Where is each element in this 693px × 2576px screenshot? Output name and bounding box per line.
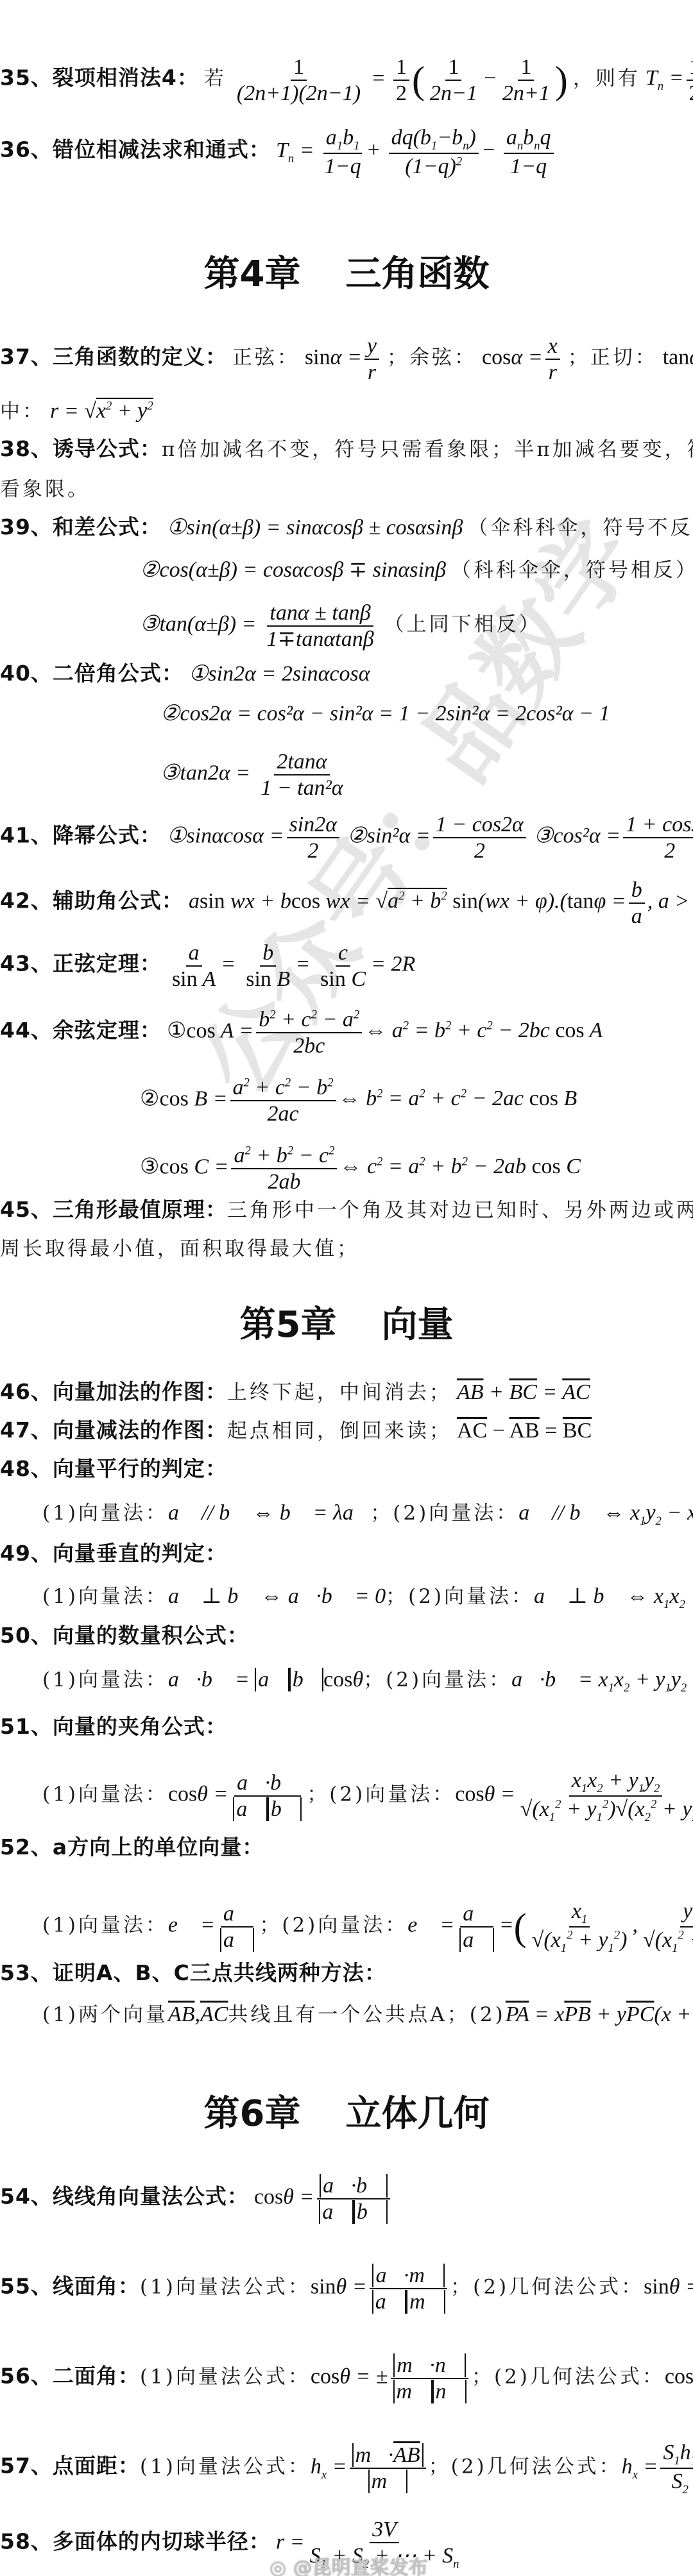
item-label: 53、证明A、B、C三点共线两种方法： — [0, 1960, 386, 1985]
formula: ①sin(α±β) = sinαcosβ ± cosαsinβ — [167, 516, 463, 539]
fraction: x1√(x12 + y12) — [529, 1899, 630, 1956]
item-39-formula-3: ③tan(α±β) = tanα ± tanβ1∓tanαtanβ （上同下相反… — [140, 600, 542, 652]
item-39: 39、和差公式： ①sin(α±β) = sinαcosβ ± cosαsinβ… — [0, 513, 693, 542]
chapter-heading-6: 第6章立体几何 — [0, 2095, 693, 2133]
item-label: 37、三角函数的定义： — [0, 344, 227, 369]
fraction: a⃗a⃗ — [218, 1901, 257, 1953]
item-label: 54、线线角向量法公式： — [0, 2183, 249, 2208]
item-40: 40、二倍角公式： ①sin2α = 2sinαcosα — [0, 659, 370, 688]
item-40-formula-3: ③tan2α = 2tanα1 − tan²α — [160, 749, 348, 801]
item-50-line: (1)向量法：a⃗·b⃗ = a⃗b⃗cosθ；(2)向量法：a⃗·b⃗ = x… — [42, 1665, 687, 1702]
fraction: 12 — [687, 55, 693, 106]
item-45: 45、三角形最值原理：三角形中一个角及其对边已知时、另外两边或两角相等时 — [0, 1196, 693, 1224]
item-label: 39、和差公式： — [0, 514, 162, 539]
item-43: 43、正弦定理： asin A= bsin B= csin C= 2R — [0, 940, 415, 992]
item-42: 42、辅助角公式： asin wx + bcos wx = √a2 + b2 s… — [0, 877, 693, 929]
formula: ①sinαcosα = — [167, 824, 284, 847]
item-text: π倍加减名不变，符号只需看象限；半π加减名要变，符号还是 — [162, 438, 693, 461]
item-label: 52、a方向上的单位向量： — [0, 1835, 264, 1860]
fraction: a⃗·b⃗a⃗b⃗ — [316, 2173, 390, 2224]
item-52: 52、a方向上的单位向量： — [0, 1833, 264, 1861]
chapter-heading-5: 第5章向量 — [0, 1306, 693, 1344]
fraction: x1x2 + y1y2√(x12 + y12)√(x22 + y22) — [518, 1768, 693, 1825]
item-label: 50、向量的数量积公式： — [0, 1623, 249, 1648]
fraction: 2tanα1 − tan²α — [258, 749, 345, 801]
item-label: 36、错位相减法求和通式： — [0, 137, 271, 162]
fraction: m⃗·n⃗m⃗n⃗ — [391, 2353, 469, 2404]
item-label: 40、二倍角公式： — [0, 661, 184, 686]
fraction: bsin B — [243, 940, 293, 992]
item-44-formula-2: ②cos B =a2 + c2 − b22ac⇔ b2 = a2 + c2 − … — [140, 1075, 577, 1126]
item-text: 周长取得最小值，面积取得最大值； — [0, 1237, 359, 1260]
item-37-line2: 中： r = √x2 + y2 — [0, 393, 153, 425]
item-53: 53、证明A、B、C三点共线两种方法： — [0, 1959, 386, 1987]
mnemonic-note: （伞科科伞，符号不反） — [468, 516, 693, 539]
item-label: 58、多面体的内切球半径： — [0, 2529, 271, 2554]
item-text: 正弦： — [232, 346, 300, 369]
item-text: 起点相同，倒回来读； — [227, 1419, 452, 1443]
item-text: 看象限。 — [0, 478, 90, 501]
item-49-line: (1)向量法：a⃗ ⊥ b⃗ ⇔ a⃗·b⃗ = 0；(2)向量法：a⃗ ⊥ b… — [42, 1582, 693, 1619]
item-label: 47、向量减法的作图： — [0, 1418, 227, 1443]
fraction: a1b11−q — [322, 125, 364, 179]
item-text: ；余弦： — [387, 346, 477, 369]
fraction: 12 — [393, 55, 409, 106]
item-53-line: (1)两个向量AB,AC共线且有一个公共点A；(2)PA = xPB + yPC… — [42, 2000, 693, 2029]
fraction: a⃗·m⃗a⃗m⃗ — [370, 2263, 448, 2314]
chapter-title: 三角函数 — [345, 253, 489, 295]
item-label: 49、向量垂直的判定： — [0, 1541, 227, 1566]
item-55: 55、线面角：(1)向量法公式：sinθ =a⃗·m⃗a⃗m⃗；(2)几何法公式… — [0, 2262, 693, 2316]
item-label: 55、线面角： — [0, 2274, 140, 2299]
formula: ②sin²α = — [347, 824, 431, 847]
item-label: 43、正弦定理： — [0, 951, 162, 976]
item-41: 41、降幂公式： ①sinαcosα =sin2α2 ②sin²α =1 − c… — [0, 812, 693, 863]
item-label: 48、向量平行的判定： — [0, 1456, 227, 1481]
chapter-number: 第6章 — [204, 2093, 301, 2135]
item-39-formula-2: ②cos(α±β) = cosαcosβ ∓ sinαsinβ （科科伞伞，符号… — [140, 555, 693, 584]
formula: ②cos(α±β) = cosαcosβ ∓ sinαsinβ — [140, 558, 446, 582]
chapter-title: 立体几何 — [345, 2093, 489, 2135]
fraction: xr — [545, 334, 560, 385]
item-51: 51、向量的夹角公式： — [0, 1713, 227, 1741]
mnemonic-note: （上同下相反） — [384, 613, 542, 636]
formula: ③tan(α±β) = — [140, 612, 256, 636]
fraction: a⃗a⃗ — [457, 1901, 496, 1953]
item-44-formula-3: ③cos C =a2 + b2 − c22ab⇔ c2 = a2 + b2 − … — [140, 1143, 581, 1194]
fraction: S1h1S2 — [660, 2440, 693, 2497]
item-text: 三角形中一个角及其对边已知时、另外两边或两角相等时 — [227, 1199, 693, 1222]
fraction: 1 + cos2α2 — [623, 812, 693, 863]
fraction: dq(b1−bn)(1−q)2 — [389, 125, 479, 179]
item-45-line2: 周长取得最小值，面积取得最大值； — [0, 1234, 359, 1263]
fraction: tanα ± tanβ1∓tanαtanβ — [264, 600, 376, 652]
item-57: 57、点面距：(1)向量法公式：hx =m⃗·ABm⃗；(2)几何法公式：hx … — [0, 2440, 693, 2497]
fraction: ba — [629, 877, 645, 929]
fraction: csin C — [318, 940, 368, 992]
item-56: 56、二面角：(1)向量法公式：cosθ = ±m⃗·n⃗m⃗n⃗；(2)几何法… — [0, 2350, 693, 2407]
item-38-line2: 看象限。 — [0, 475, 90, 504]
item-label: 44、余弦定理： — [0, 1017, 162, 1042]
item-50: 50、向量的数量积公式： — [0, 1622, 249, 1650]
fraction: b2 + c2 − a22bc — [256, 1007, 362, 1058]
item-38: 38、诱导公式：π倍加减名不变，符号只需看象限；半π加减名要变，符号还是 — [0, 435, 693, 464]
item-40-formula-2: ②cos2α = cos²α − sin²α = 1 − 2sin²α = 2c… — [160, 699, 610, 728]
item-label: 51、向量的夹角公式： — [0, 1714, 227, 1739]
fraction: asin A — [169, 940, 218, 992]
fraction: anbnq1−q — [504, 125, 554, 179]
formula: ②cos2α = cos²α − sin²α = 1 − 2sin²α = 2c… — [160, 702, 610, 725]
watermark-weibo: ◎ @昆明直桨发布 — [269, 2552, 428, 2576]
mnemonic-note: （科科伞伞，符号相反） — [451, 559, 693, 582]
item-text: 若 — [204, 67, 227, 90]
fraction: a⃗·b⃗a⃗b⃗ — [230, 1770, 304, 1822]
item-48-line: (1)向量法：a⃗ // b⃗ ⇔ b⃗ = λa⃗；(2)向量法：a⃗ // … — [42, 1498, 693, 1536]
watermark-text: @昆明直桨发布 — [293, 2557, 428, 2576]
fraction: y1√(x12 + y12) — [640, 1899, 693, 1956]
item-label: 38、诱导公式： — [0, 436, 162, 461]
fraction: 12n−1 — [427, 55, 480, 106]
formula: ③tan2α = — [160, 761, 250, 784]
fraction: m⃗·ABm⃗ — [350, 2443, 426, 2494]
item-52-line: (1)向量法：e⃗ =a⃗a⃗；(2)向量法：e⃗ =a⃗a⃗=(x1√(x12… — [42, 1899, 693, 1956]
item-35: 35、裂项相消法4： 若 1(2n+1)(2n−1) = 12(12n−1−12… — [0, 55, 693, 106]
fraction: yr — [364, 334, 379, 385]
fraction: a2 + b2 − c22ab — [231, 1143, 337, 1194]
item-44: 44、余弦定理： ①cos A =b2 + c2 − a22bc⇔ a2 = b… — [0, 1007, 603, 1058]
item-text: ；正切： — [568, 346, 658, 369]
item-49: 49、向量垂直的判定： — [0, 1539, 227, 1568]
item-text: ，则有 — [573, 67, 640, 90]
fraction: a2 + c2 − b22ac — [230, 1075, 336, 1126]
fraction: 1(2n+1)(2n−1) — [234, 55, 363, 106]
item-label: 46、向量加法的作图： — [0, 1379, 227, 1404]
item-46: 46、向量加法的作图：上终下起，中间消去； AB + BC = AC — [0, 1378, 590, 1407]
chapter-title: 向量 — [381, 1304, 453, 1346]
fraction: 1 − cos2α2 — [433, 812, 526, 863]
item-label: 57、点面距： — [0, 2453, 140, 2479]
item-text: 中： — [0, 400, 45, 423]
formula: ①sin2α = 2sinαcosα — [189, 662, 370, 686]
item-54: 54、线线角向量法公式： cosθ =a⃗·b⃗a⃗b⃗ — [0, 2173, 393, 2224]
item-47: 47、向量减法的作图：起点相同，倒回来读； AC − AB = BC — [0, 1416, 592, 1445]
item-48: 48、向量平行的判定： — [0, 1455, 227, 1483]
formula: ③cos²α = — [534, 824, 620, 847]
item-label: 41、降幂公式： — [0, 822, 162, 847]
fraction: 12n+1 — [500, 55, 552, 106]
item-label: 56、二面角： — [0, 2364, 140, 2389]
item-36: 36、错位相减法求和通式： Tn = a1b11−q+ dq(b1−bn)(1−… — [0, 125, 556, 179]
chapter-heading-4: 第4章三角函数 — [0, 255, 693, 294]
item-51-line: (1)向量法：cosθ =a⃗·b⃗a⃗b⃗；(2)向量法：cosθ =x1x2… — [42, 1768, 693, 1825]
chapter-number: 第4章 — [204, 253, 301, 295]
item-37: 37、三角函数的定义： 正弦： sinα =yr ；余弦： cosα =xr ；… — [0, 334, 693, 385]
item-label: 45、三角形最值原理： — [0, 1197, 227, 1222]
item-label: 35、裂项相消法4： — [0, 65, 199, 90]
item-text: 上终下起，中间消去； — [227, 1381, 452, 1404]
item-label: 42、辅助角公式： — [0, 888, 184, 913]
chapter-number: 第5章 — [240, 1304, 337, 1346]
fraction: sin2α2 — [287, 812, 340, 863]
weibo-logo-icon: ◎ — [269, 2557, 286, 2576]
